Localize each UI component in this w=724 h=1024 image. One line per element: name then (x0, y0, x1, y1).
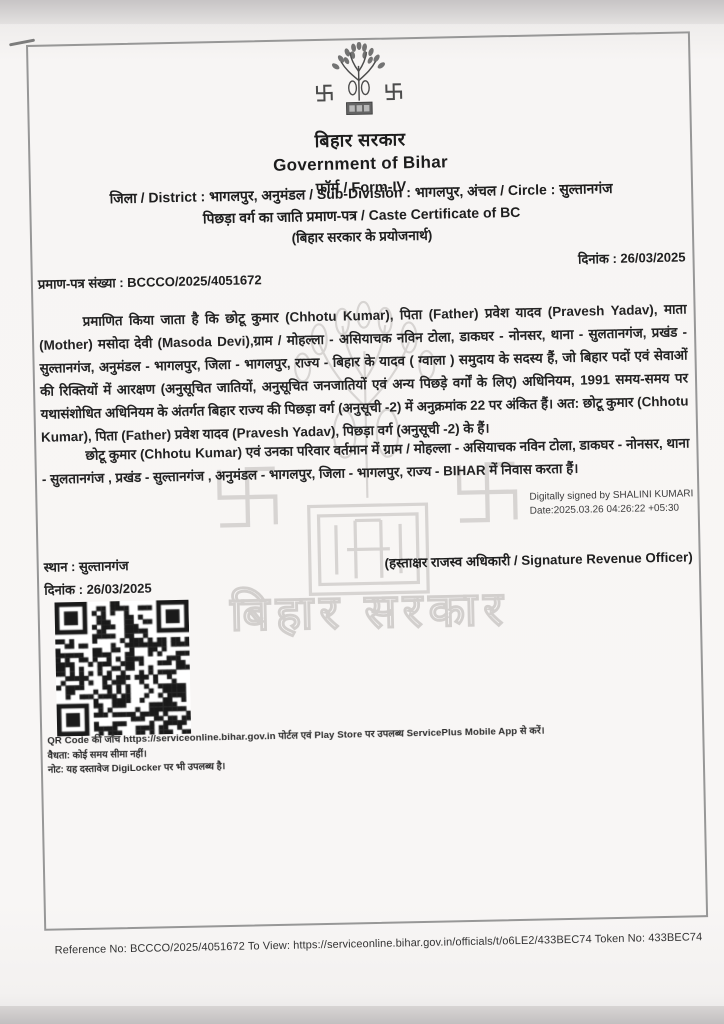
date-label: दिनांक : 26/03/2025 (44, 579, 152, 599)
certificate-content: बिहार सरकार Government of Bihar फॉर्म / … (28, 33, 706, 928)
qr-code (54, 600, 191, 737)
document-page: बिहार सरकार (26, 31, 709, 956)
scanner-edge-top (0, 0, 724, 24)
scanned-document: बिहार सरकार (0, 0, 724, 1024)
digital-signature-block: Digitally signed by SHALINI KUMARI Date:… (529, 487, 693, 518)
issue-date-top: दिनांक : 26/03/2025 (578, 247, 686, 267)
footer-reference-line: Reference No: BCCCO/2025/4051672 To View… (55, 931, 709, 956)
bihar-government-emblem-icon (306, 41, 412, 127)
place-label: स्थान : सुल्तानगंज (44, 556, 129, 576)
certificate-number: प्रमाण-पत्र संख्या : BCCCO/2025/4051672 (38, 270, 262, 293)
certificate-border-box: बिहार सरकार (26, 31, 708, 930)
emblem-pedestal (346, 102, 372, 114)
qr-verification-notes: QR Code की जाँच https://serviceonline.bi… (47, 724, 545, 778)
scanner-edge-bottom (0, 1006, 724, 1024)
certificate-subheader: जिला / District : भागलपुर, अनुमंडल / Sub… (41, 176, 682, 254)
revenue-officer-signature-label: (हस्ताक्षर राजस्व अधिकारी / Signature Re… (384, 547, 692, 571)
certificate-body-paragraph-1: प्रमाणित किया जाता है कि छोटू कुमार (Chh… (38, 297, 689, 448)
digital-signature-date: Date:2025.03.26 04:26:22 +05:30 (530, 501, 694, 518)
